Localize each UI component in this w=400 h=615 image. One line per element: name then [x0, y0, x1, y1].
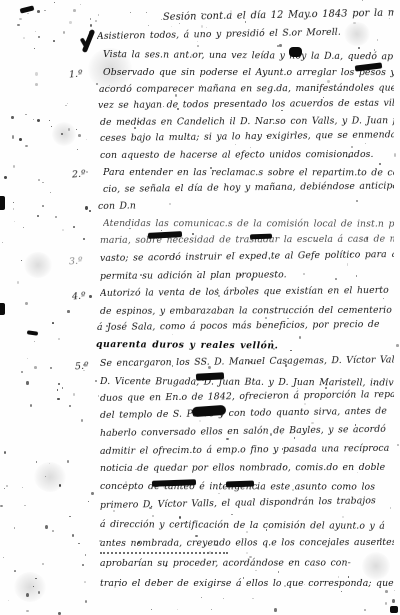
ink-overstrike	[250, 234, 272, 240]
handwritten-line: haberlo conversado ellos en salón de Bay…	[100, 424, 394, 440]
scan-speck	[52, 322, 55, 324]
heading-text: Sesión cont.a el día 12 May.o 1843 por l…	[163, 8, 388, 23]
paper-stain	[52, 122, 76, 146]
scan-speck	[4, 451, 6, 454]
scan-speck	[392, 599, 395, 603]
scan-speck	[342, 516, 344, 518]
scan-speck	[88, 501, 89, 502]
scan-speck	[86, 171, 88, 173]
scan-speck	[62, 229, 64, 231]
scan-speck	[211, 609, 212, 610]
handwritten-line: Observado que sin poderse el Ayunt.o arr…	[103, 67, 394, 78]
handwritten-line: Atendidas las comunicac.s de la comisión…	[103, 218, 394, 230]
scan-speck	[201, 25, 203, 28]
scan-speck	[17, 281, 19, 284]
scan-speck	[73, 226, 75, 228]
scan-speck	[98, 14, 100, 16]
scan-speck	[199, 420, 201, 422]
scan-speck	[23, 227, 24, 228]
paper-stain	[24, 252, 52, 278]
scan-speck	[246, 552, 248, 554]
scan-speck	[86, 139, 87, 140]
scan-speck	[130, 12, 131, 13]
scan-speck	[197, 41, 198, 42]
margin-number: 3.º	[69, 256, 83, 268]
scan-speck	[35, 83, 38, 86]
manuscript-page: Sesión cont.a el día 12 May.o 1843 por l…	[0, 0, 400, 615]
scan-speck	[73, 9, 76, 12]
scan-speck	[311, 422, 314, 424]
scan-speck	[27, 13, 28, 14]
scan-speck	[98, 395, 99, 396]
scan-speck	[34, 48, 35, 50]
scan-speck	[206, 27, 207, 28]
scan-speck	[25, 302, 28, 305]
scan-speck	[25, 145, 28, 147]
scan-speck	[347, 263, 349, 265]
scan-speck	[49, 120, 50, 121]
scan-speck	[38, 179, 40, 181]
scan-speck	[287, 318, 289, 319]
scan-speck	[89, 210, 91, 212]
scan-speck	[22, 487, 23, 488]
scan-speck	[252, 598, 253, 599]
scan-speck	[21, 371, 23, 373]
scan-speck	[281, 110, 283, 111]
scan-speck	[279, 44, 281, 47]
margin-number: 5.º	[75, 361, 89, 373]
scan-speck	[265, 317, 267, 319]
scan-speck	[55, 216, 57, 218]
margin-number: 2.º	[72, 169, 86, 181]
scan-speck	[14, 527, 16, 528]
handwritten-line: Vista la ses.n ant.or, una vez leída y h…	[103, 49, 394, 62]
handwritten-line: á dirección y certificación de la comisi…	[100, 519, 394, 532]
scan-speck	[171, 26, 172, 27]
scan-speck	[218, 493, 220, 494]
scan-speck	[223, 598, 224, 599]
scan-speck	[179, 516, 181, 519]
scan-speck	[76, 129, 77, 130]
scan-speck	[34, 341, 35, 342]
scan-speck	[42, 205, 44, 207]
scan-speck	[146, 12, 147, 13]
scan-speck	[4, 488, 5, 489]
scan-speck	[235, 144, 236, 145]
scan-speck	[17, 24, 19, 26]
scan-speck	[45, 525, 48, 529]
scan-speck	[11, 116, 13, 119]
scan-speck	[62, 387, 63, 388]
scan-speck	[13, 165, 15, 168]
scan-speck	[255, 570, 256, 572]
scan-speck	[148, 25, 149, 26]
ink-overstrike	[226, 481, 254, 488]
scan-speck	[53, 40, 55, 42]
scan-speck	[396, 344, 399, 347]
scan-speck	[30, 404, 32, 407]
scan-speck	[33, 119, 34, 120]
scan-speck	[12, 135, 15, 139]
scan-speck	[52, 530, 54, 532]
scan-speck	[51, 126, 52, 127]
scan-speck	[90, 18, 91, 19]
scan-speck	[274, 608, 277, 611]
scan-speck	[152, 515, 154, 517]
scan-speck	[89, 295, 92, 298]
scan-speck	[82, 564, 84, 565]
handwritten-line: vez se hayan de todos presentado los acu…	[98, 98, 394, 111]
scan-speck	[36, 461, 37, 462]
ink-blot	[390, 606, 398, 613]
scan-speck	[304, 403, 307, 406]
handwritten-line: admitir el ofrecim.to á emp.o fino y pas…	[100, 443, 394, 457]
scan-speck	[73, 393, 75, 395]
scan-speck	[77, 149, 78, 150]
scan-speck	[351, 146, 353, 148]
margin-number: 4.º	[72, 291, 86, 303]
scan-speck	[231, 514, 233, 515]
handwritten-line: cio, se señala el día de hoy y mañana, d…	[103, 180, 394, 195]
scan-speck	[34, 366, 37, 369]
scan-speck	[383, 298, 384, 300]
handwritten-line: quarenta duros y reales vellón.	[96, 339, 394, 353]
handwritten-line: aprobarían su proceder, acordándose en c…	[100, 557, 394, 569]
handwritten-line: Se encargaron los SS. D. Manuel Casagema…	[100, 354, 394, 369]
scan-speck	[25, 114, 27, 116]
handwritten-line: ceses bajo la multa; si ya lo hay exigir…	[100, 129, 394, 144]
scan-speck	[57, 398, 59, 401]
scan-speck	[58, 612, 61, 615]
scan-speck	[177, 609, 179, 610]
margin-number: 1.º	[69, 69, 83, 81]
scan-speck	[19, 138, 22, 141]
scan-speck	[151, 609, 152, 610]
scan-speck	[42, 563, 44, 565]
scan-speck	[394, 590, 395, 591]
scan-speck	[54, 2, 55, 3]
scan-speck	[250, 147, 252, 149]
scan-speck	[0, 505, 3, 507]
handwritten-line: noticia de quedar por ellos nombrado, co…	[100, 462, 394, 474]
scan-speck	[90, 24, 93, 27]
scan-speck	[13, 208, 14, 210]
check-mark-icon	[82, 29, 96, 53]
scan-speck	[3, 557, 4, 558]
edge-blot	[0, 303, 5, 315]
scan-speck	[69, 516, 71, 518]
scan-speck	[35, 72, 38, 76]
scan-speck	[397, 444, 399, 446]
scan-speck	[201, 597, 202, 598]
handwritten-line: primero D. Víctor Valls, el qual dispond…	[100, 495, 394, 511]
handwritten-line: permita su adición al plan propuesto.	[100, 268, 394, 282]
scan-speck	[197, 45, 199, 47]
handwritten-line: D. Vicente Brugada, D. Juan Bta. y D. Ju…	[100, 376, 394, 389]
scan-speck	[85, 554, 86, 555]
scan-speck	[278, 571, 279, 573]
handwritten-line: de medidas en Candelich il D. Nar.so con…	[100, 115, 394, 128]
scan-speck	[37, 119, 40, 122]
scan-speck	[385, 590, 388, 593]
scan-speck	[35, 578, 37, 579]
scan-speck	[42, 182, 43, 183]
scan-speck	[67, 460, 70, 463]
edge-blot	[0, 196, 5, 210]
paper-stain	[34, 462, 66, 492]
scan-speck	[385, 602, 387, 605]
scan-speck	[294, 437, 295, 438]
scan-speck	[358, 47, 360, 49]
handwritten-line: con D.n	[98, 197, 394, 213]
scan-speck	[69, 21, 72, 24]
scan-speck	[78, 543, 79, 544]
scan-speck	[85, 206, 88, 210]
handwritten-line: antes nombrada, creyendo ellos q.e los c…	[100, 537, 394, 549]
scan-speck	[67, 310, 69, 313]
scan-speck	[91, 492, 94, 496]
ink-blot	[289, 47, 302, 57]
scan-speck	[23, 37, 25, 39]
scan-speck	[362, 0, 363, 1]
handwritten-line: Para entender en las reclamac.s sobre el…	[103, 167, 394, 179]
handwritten-line: vasto; se acordó instruir el exped.te al…	[100, 249, 394, 264]
handwritten-line: trario el deber de exigirse á ellos lo q…	[100, 578, 394, 589]
scan-speck	[57, 389, 58, 391]
scan-speck	[26, 610, 28, 612]
scan-speck	[14, 570, 16, 572]
scan-speck	[6, 485, 8, 487]
scan-speck	[58, 383, 60, 385]
handwritten-line: á José Sala, como á pocos más beneficios…	[97, 319, 394, 333]
scan-speck	[19, 18, 22, 20]
scan-speck	[26, 381, 29, 384]
handwritten-line: de espinos, y embarazaban la construcció…	[100, 305, 394, 317]
scan-speck	[95, 380, 97, 382]
paper-stain	[14, 572, 46, 602]
scan-speck	[38, 36, 39, 37]
wavy-underline	[100, 549, 228, 554]
scan-speck	[299, 336, 301, 338]
scan-speck	[364, 609, 366, 611]
scan-speck	[390, 507, 392, 509]
handwritten-line: acordó comparecer mañana en seg.da, mani…	[99, 83, 394, 96]
ink-overstrike	[196, 372, 224, 380]
scan-speck	[2, 242, 3, 243]
scan-speck	[37, 215, 39, 216]
scan-speck	[63, 31, 65, 34]
scan-speck	[84, 581, 86, 583]
underlined-word: mañana	[388, 8, 394, 21]
handwritten-line: duos que en En.o de 1842, ofrecieron á p…	[100, 389, 394, 404]
scan-speck	[21, 260, 22, 261]
scan-speck	[13, 202, 14, 203]
handwritten-line: Autorizó la venta de los árboles que exi…	[100, 285, 394, 299]
scan-speck	[8, 600, 9, 601]
handwritten-line: del templo de S. Pedro y con todo quanto…	[100, 406, 394, 422]
scan-speck	[33, 586, 34, 587]
scan-speck	[44, 10, 46, 12]
scan-speck	[65, 105, 67, 107]
scan-speck	[37, 10, 40, 13]
scan-speck	[379, 163, 381, 165]
scan-speck	[69, 405, 71, 408]
scan-speck	[4, 176, 7, 179]
scan-speck	[83, 238, 85, 240]
scan-speck	[226, 438, 228, 440]
scan-speck	[50, 192, 51, 193]
scan-speck	[81, 419, 83, 422]
scan-speck	[35, 31, 36, 32]
handwritten-line: con aquesto de hacerse al efecto unidos …	[100, 149, 394, 161]
scan-speck	[172, 334, 173, 336]
scan-speck	[50, 367, 52, 369]
scan-speck	[365, 143, 366, 144]
scan-speck	[72, 534, 75, 537]
scan-speck	[341, 591, 342, 592]
scan-speck	[80, 4, 81, 5]
scan-speck	[95, 20, 96, 22]
scan-speck	[377, 39, 378, 40]
scan-speck	[58, 338, 60, 341]
scan-speck	[14, 221, 15, 223]
scan-speck	[85, 600, 87, 603]
scan-speck	[78, 134, 81, 137]
scan-speck	[246, 531, 248, 533]
scan-speck	[26, 593, 29, 597]
handwritten-line: maria, sobre necesidad de trasladar la e…	[100, 234, 394, 247]
ink-dash	[27, 330, 38, 335]
scan-speck	[24, 505, 26, 506]
scan-speck	[353, 22, 355, 24]
scan-speck	[27, 358, 28, 360]
scan-speck	[67, 103, 68, 104]
